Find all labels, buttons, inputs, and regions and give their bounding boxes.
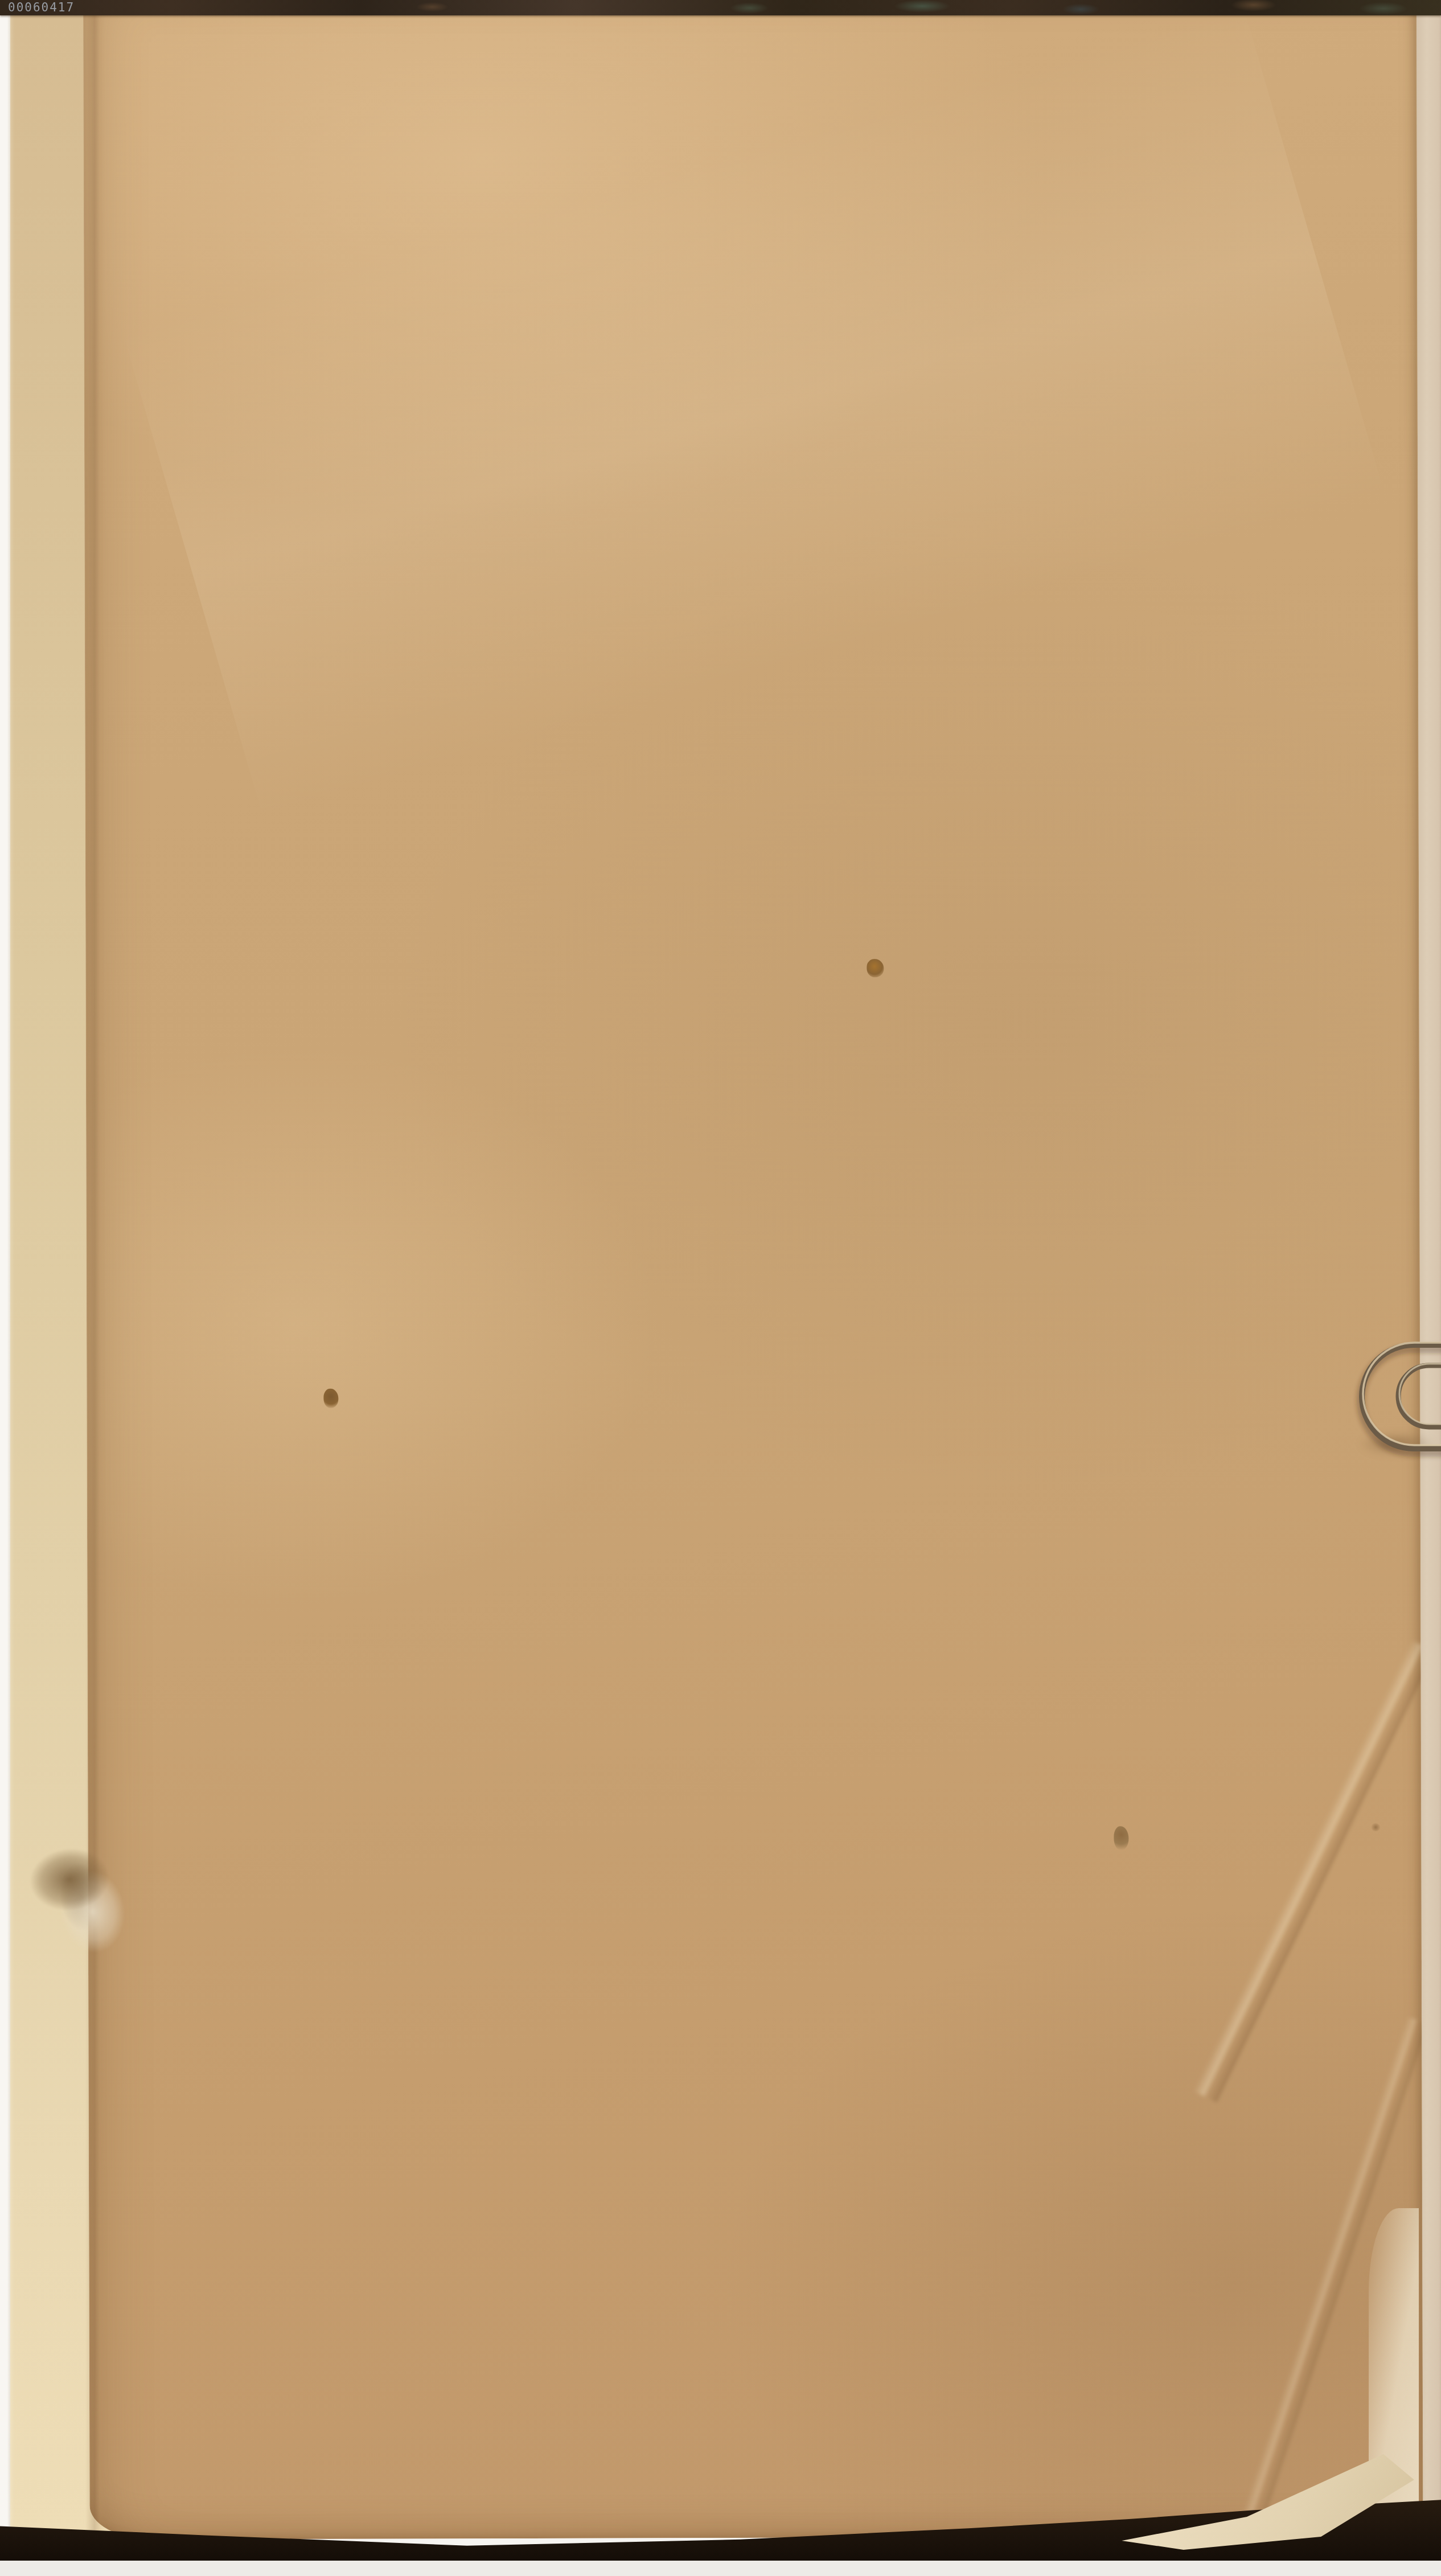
marbled-endpaper-band — [0, 0, 1441, 15]
clip-outer-wire — [1362, 1345, 1441, 1449]
rust-speck — [323, 1389, 338, 1408]
scan-id-stamp: 00060417 — [8, 1, 75, 14]
scanner-white-left-margin — [0, 15, 10, 2561]
rust-speck — [1114, 1826, 1128, 1850]
paper-clip — [1350, 1330, 1441, 1466]
rust-speck — [1371, 1823, 1380, 1831]
gutter-crease-shadow — [85, 14, 106, 2540]
scanner-white-bottom-margin — [0, 2561, 1441, 2576]
book-scan: 00060417 — [0, 0, 1441, 2576]
clip-inner-wire — [1398, 1365, 1441, 1427]
blank-page — [83, 6, 1423, 2540]
diagonal-crease-upper — [1193, 1640, 1423, 2102]
paper-sheen — [121, 6, 1385, 820]
rust-speck — [867, 959, 884, 977]
